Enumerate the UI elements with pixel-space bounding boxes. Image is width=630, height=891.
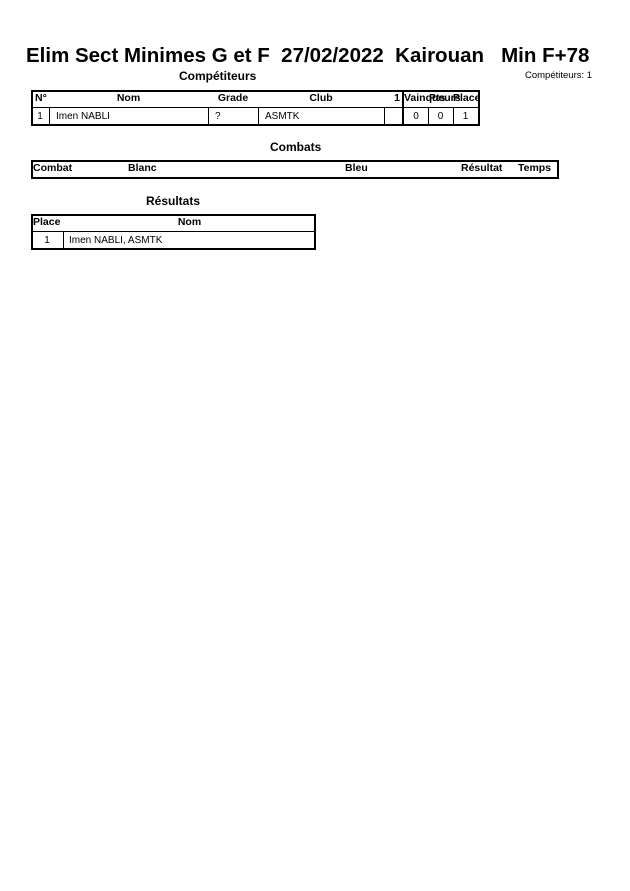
cell-num: 1 <box>31 109 49 125</box>
competitors-section-title: Compétiteurs <box>179 69 256 83</box>
cell-nom: Imen NABLI, ASMTK <box>66 233 316 249</box>
cell-grade: ? <box>212 109 258 125</box>
col-header-bleu: Bleu <box>345 161 405 177</box>
header-divider <box>31 231 316 232</box>
col-header-vainqueurs: Vainqueurs <box>404 91 430 107</box>
col-divider <box>258 107 259 126</box>
cell-round-1 <box>384 109 402 125</box>
cell-club: ASMTK <box>262 109 384 125</box>
col-divider <box>63 231 64 250</box>
col-header-nom: Nom <box>49 91 208 107</box>
page-title: Elim Sect Minimes G et F 27/02/2022 Kair… <box>26 44 589 68</box>
col-header-round-1: 1 <box>384 91 400 107</box>
results-table: Place Nom 1 Imen NABLI, ASMTK <box>31 214 316 250</box>
competitors-table: N° Nom Grade Club 1 Vainqueurs Pts Place… <box>31 90 480 126</box>
competitors-count: Compétiteurs: 1 <box>525 70 592 81</box>
results-section-title: Résultats <box>146 194 200 208</box>
header-divider <box>31 107 480 108</box>
col-header-nom: Nom <box>63 215 316 231</box>
col-header-combat: Combat <box>33 161 93 177</box>
cell-place: 1 <box>453 109 478 125</box>
col-header-temps: Temps <box>518 161 558 177</box>
col-header-resultat: Résultat <box>461 161 521 177</box>
col-header-place: Place <box>33 215 65 231</box>
col-header-club: Club <box>258 91 384 107</box>
col-header-pts: Pts <box>429 91 453 107</box>
col-divider <box>208 107 209 126</box>
col-header-place: Place <box>453 91 483 107</box>
combats-table: Combat Blanc Bleu Résultat Temps <box>31 160 559 179</box>
col-header-grade: Grade <box>208 91 258 107</box>
cell-vainqueurs: 0 <box>404 109 428 125</box>
combats-section-title: Combats <box>270 140 321 154</box>
cell-pts: 0 <box>428 109 453 125</box>
col-divider <box>49 107 50 126</box>
col-header-blanc: Blanc <box>128 161 188 177</box>
cell-place: 1 <box>31 233 63 249</box>
cell-nom: Imen NABLI <box>53 109 208 125</box>
